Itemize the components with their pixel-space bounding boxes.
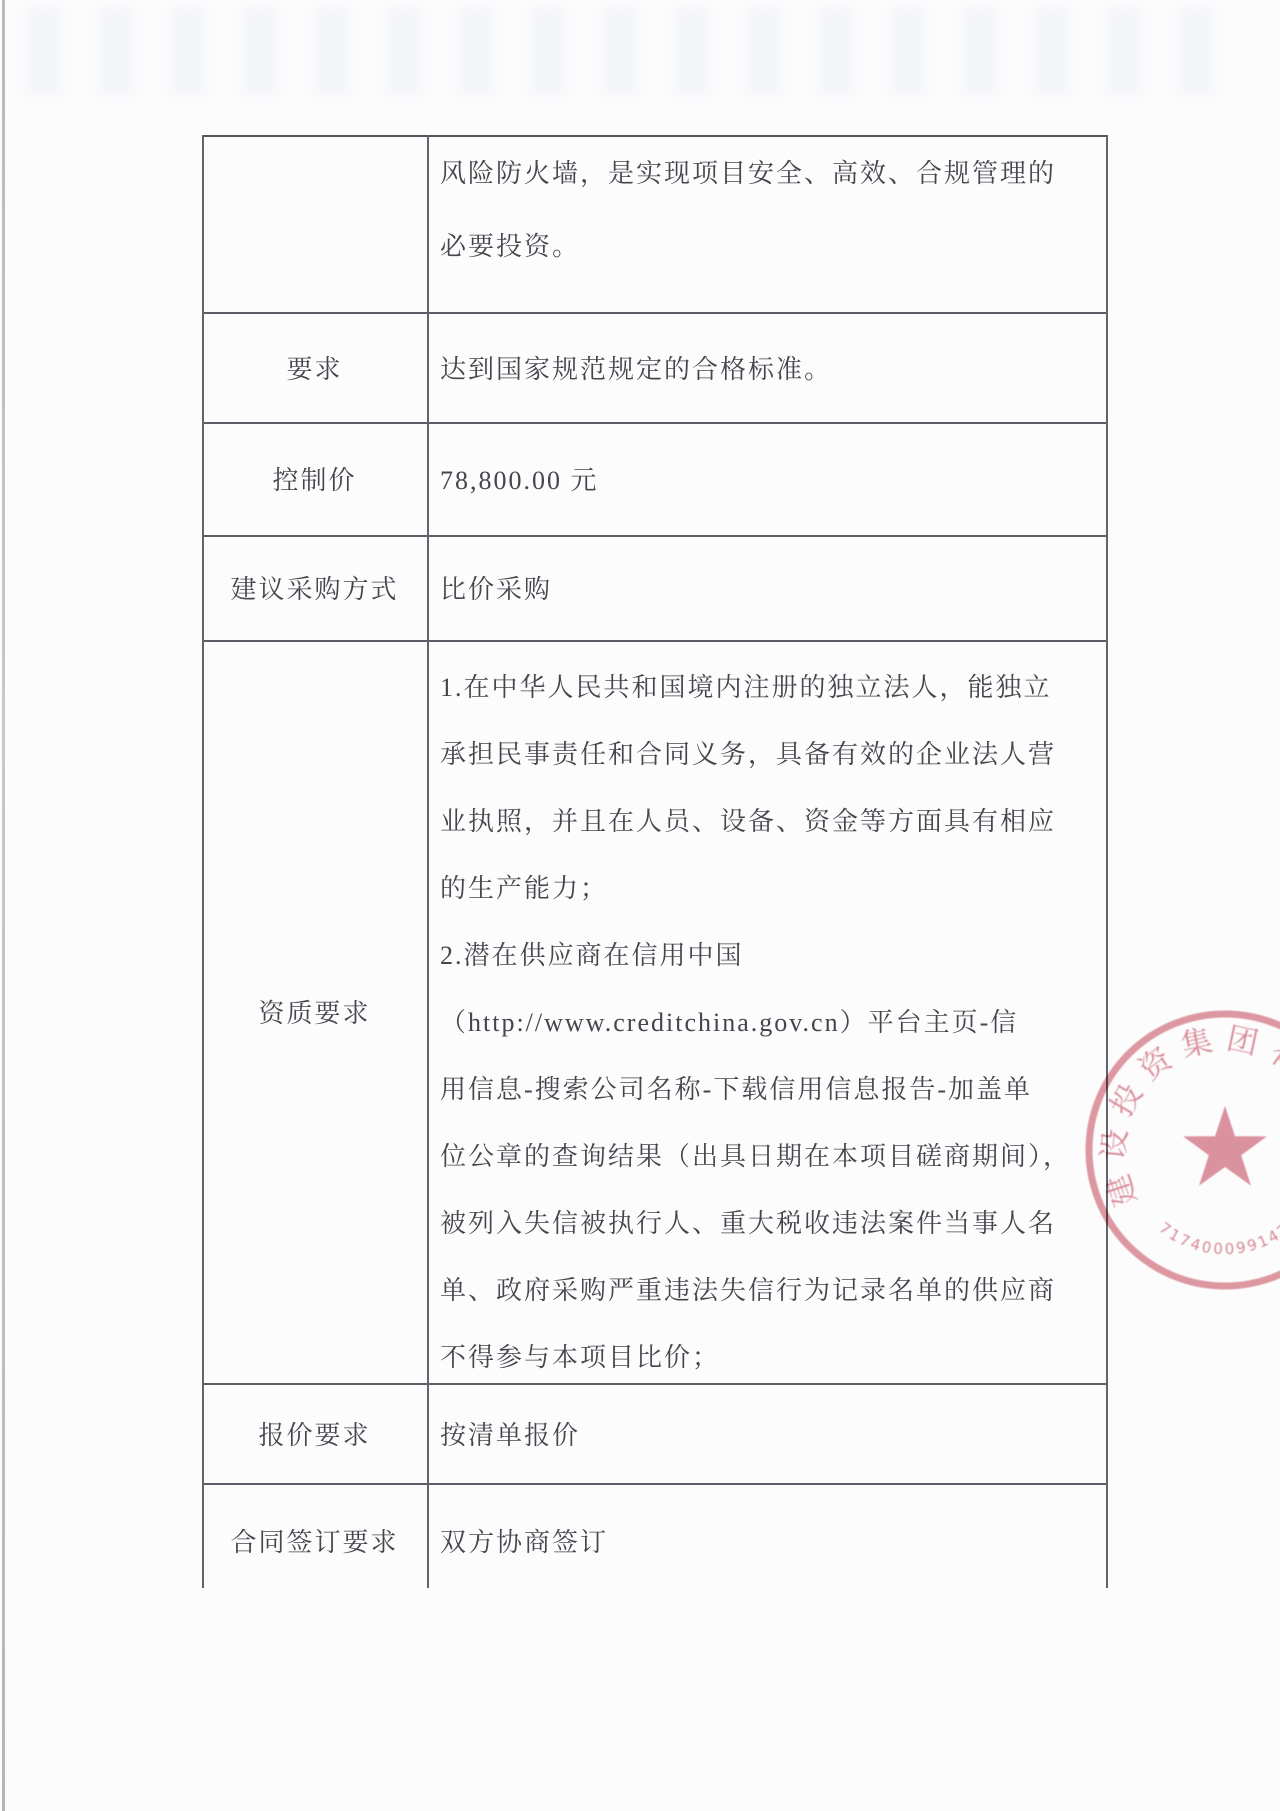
- label-qualification-requirements: 资质要求: [204, 640, 425, 1383]
- label-suggested-procurement-method: 建议采购方式: [204, 535, 425, 640]
- value-procurement-method: 比价采购: [440, 535, 1120, 640]
- value-requirement: 达到国家规范规定的合格标准。: [440, 312, 1120, 422]
- scanned-document-page: 风险防火墙，是实现项目安全、高效、合规管理的 必要投资。 要求 达到国家规范规定…: [0, 0, 1280, 1811]
- value-quotation-requirements: 按清单报价: [440, 1383, 1120, 1483]
- bleed-through-ghosting: [25, 6, 1245, 96]
- seal-code-text: 717400099142: [1156, 1219, 1280, 1258]
- svg-text:717400099142: 717400099142: [1156, 1219, 1280, 1258]
- label-contract-signing-requirements: 合同签订要求: [204, 1483, 425, 1597]
- value-continuation-text: 风险防火墙，是实现项目安全、高效、合规管理的 必要投资。: [440, 135, 1130, 283]
- value-qualification-requirements: 1.在中华人民共和国境内注册的独立法人，能独立 承担民事责任和合同义务，具备有效…: [440, 640, 1130, 1391]
- label-quotation-requirements: 报价要求: [204, 1383, 425, 1483]
- column-divider: [427, 135, 429, 1588]
- svg-text:建设投资集团有限公司: 建设投资集团有限公司: [1096, 1021, 1280, 1211]
- seal-star-icon: [1183, 1106, 1267, 1186]
- value-control-price: 78,800.00 元: [440, 422, 1120, 535]
- scan-page-edge-line: [2, 0, 5, 1811]
- label-requirement: 要求: [204, 312, 425, 422]
- seal-company-arc-text: 建设投资集团有限公司: [1096, 1021, 1280, 1211]
- value-contract-signing: 双方协商签订: [440, 1483, 1120, 1597]
- label-control-price: 控制价: [204, 422, 425, 535]
- official-red-seal: 建设投资集团有限公司 717400099142: [1030, 945, 1280, 1365]
